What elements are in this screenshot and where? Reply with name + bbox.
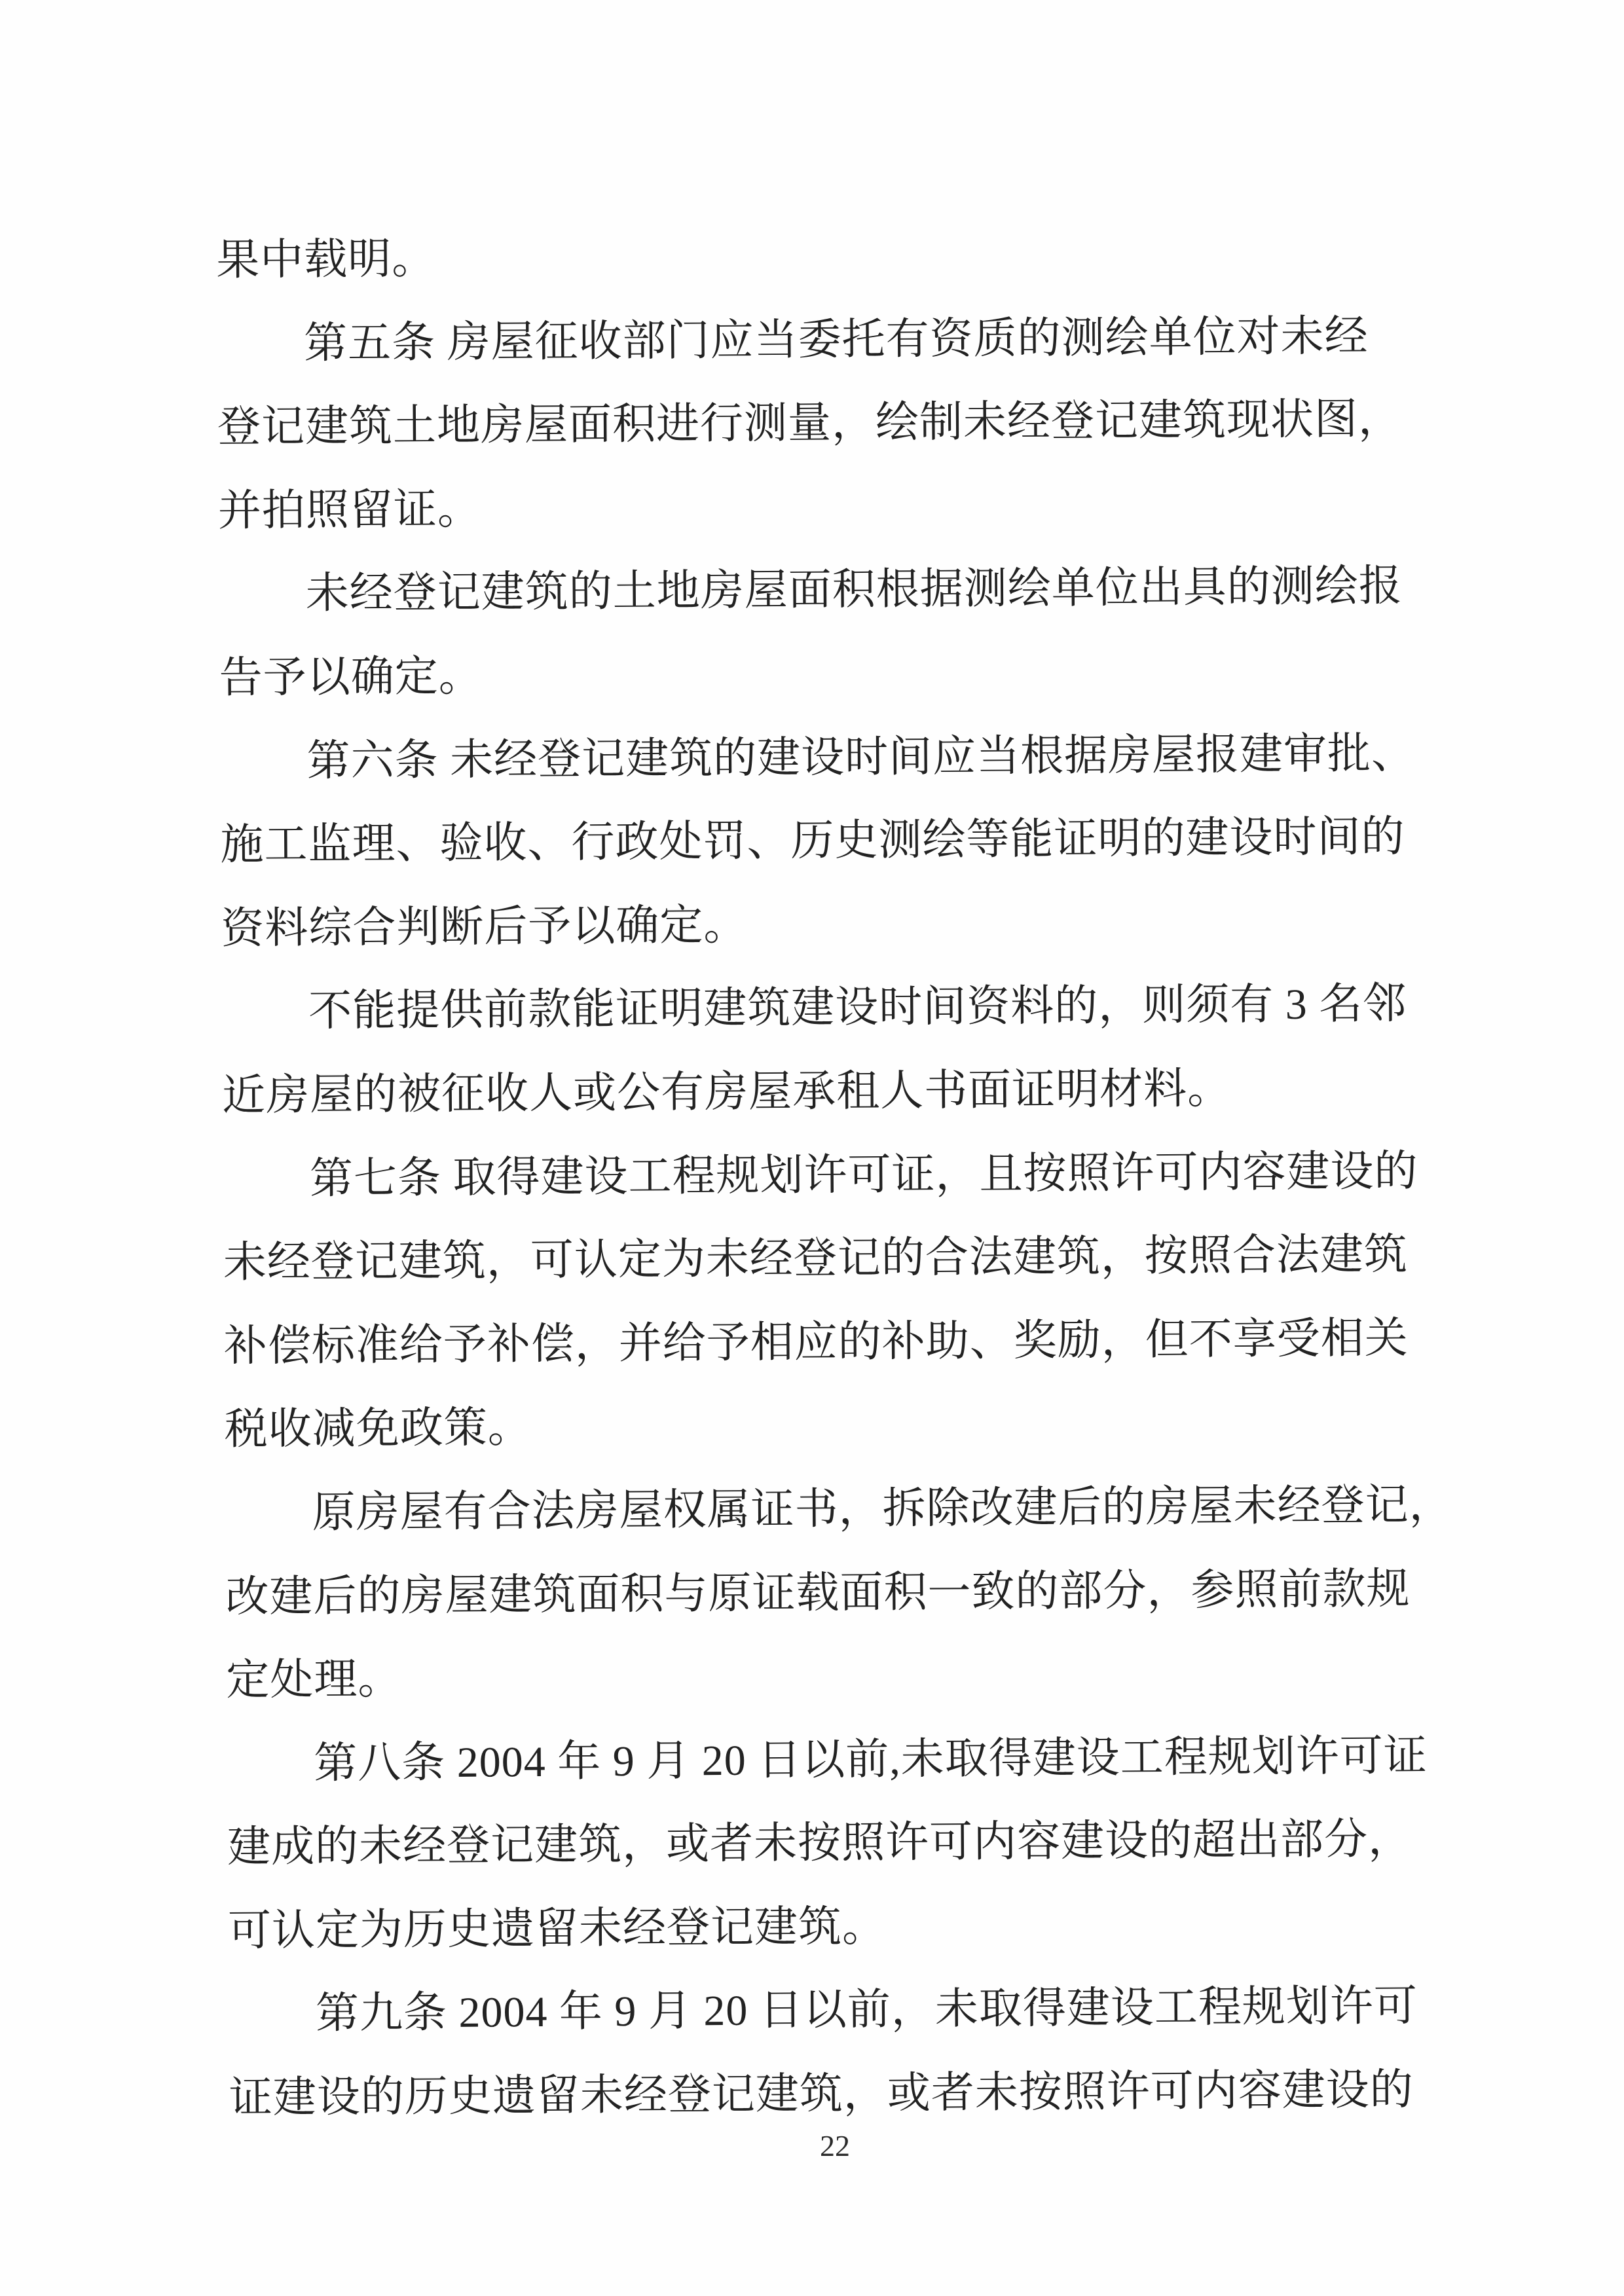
text-line: 第九条 2004 年 9 月 20 日以前，未取得建设工程规划许可: [228, 1965, 1414, 2056]
text-line: 并拍照留证。: [217, 461, 1403, 553]
text-line: 登记建筑土地房屋面积进行测量，绘制未经登记建筑现状图，: [217, 378, 1403, 469]
text-line: 原房屋有合法房屋权属证书，拆除改建后的房屋未经登记，: [225, 1464, 1411, 1556]
text-line: 第八条 2004 年 9 月 20 日以前,未取得建设工程规划许可证: [227, 1714, 1412, 1806]
text-line: 资料综合判断后予以确定。: [221, 879, 1407, 970]
text-line: 不能提供前款能证明建筑建设时间资料的，则须有 3 名邻: [221, 962, 1407, 1054]
text-line: 第六条 未经登记建筑的建设时间应当根据房屋报建审批、: [219, 712, 1405, 803]
text-line: 告予以确定。: [219, 629, 1405, 720]
text-line: 近房屋的被征收人或公有房屋承租人书面证明材料。: [222, 1046, 1408, 1138]
page-number: 22: [792, 2129, 877, 2163]
text-line: 定处理。: [226, 1631, 1412, 1722]
text-line: 果中载明。: [216, 211, 1402, 302]
text-line: 未经登记建筑的土地房屋面积根据测绘单位出具的测绘报: [218, 545, 1404, 636]
text-line: 施工监理、验收、行政处罚、历史测绘等能证明的建设时间的: [220, 795, 1406, 887]
text-line: 证建设的历史遗留未经登记建筑，或者未按照许可内容建设的: [229, 2049, 1414, 2140]
document-body: 果中载明。第五条 房屋征收部门应当委托有资质的测绘单位对未经登记建筑土地房屋面积…: [216, 211, 1414, 2140]
text-line: 税收减免政策。: [224, 1380, 1410, 1472]
text-line: 建成的未经登记建筑，或者未按照许可内容建设的超出部分，: [227, 1798, 1413, 1889]
text-line: 第七条 取得建设工程规划许可证，且按照许可内容建设的: [223, 1129, 1409, 1221]
text-line: 补偿标准给予补偿，并给予相应的补助、奖励，但不享受相关: [223, 1296, 1409, 1388]
text-line: 可认定为历史遗留未经登记建筑。: [228, 1882, 1414, 1973]
text-line: 改建后的房屋建筑面积与原证载面积一致的部分，参照前款规: [225, 1547, 1411, 1639]
text-line: 未经登记建筑，可认定为未经登记的合法建筑，按照合法建筑: [223, 1213, 1409, 1305]
text-line: 第五条 房屋征收部门应当委托有资质的测绘单位对未经: [217, 294, 1403, 386]
document-page: 果中载明。第五条 房屋征收部门应当委托有资质的测绘单位对未经登记建筑土地房屋面积…: [0, 0, 1624, 2296]
